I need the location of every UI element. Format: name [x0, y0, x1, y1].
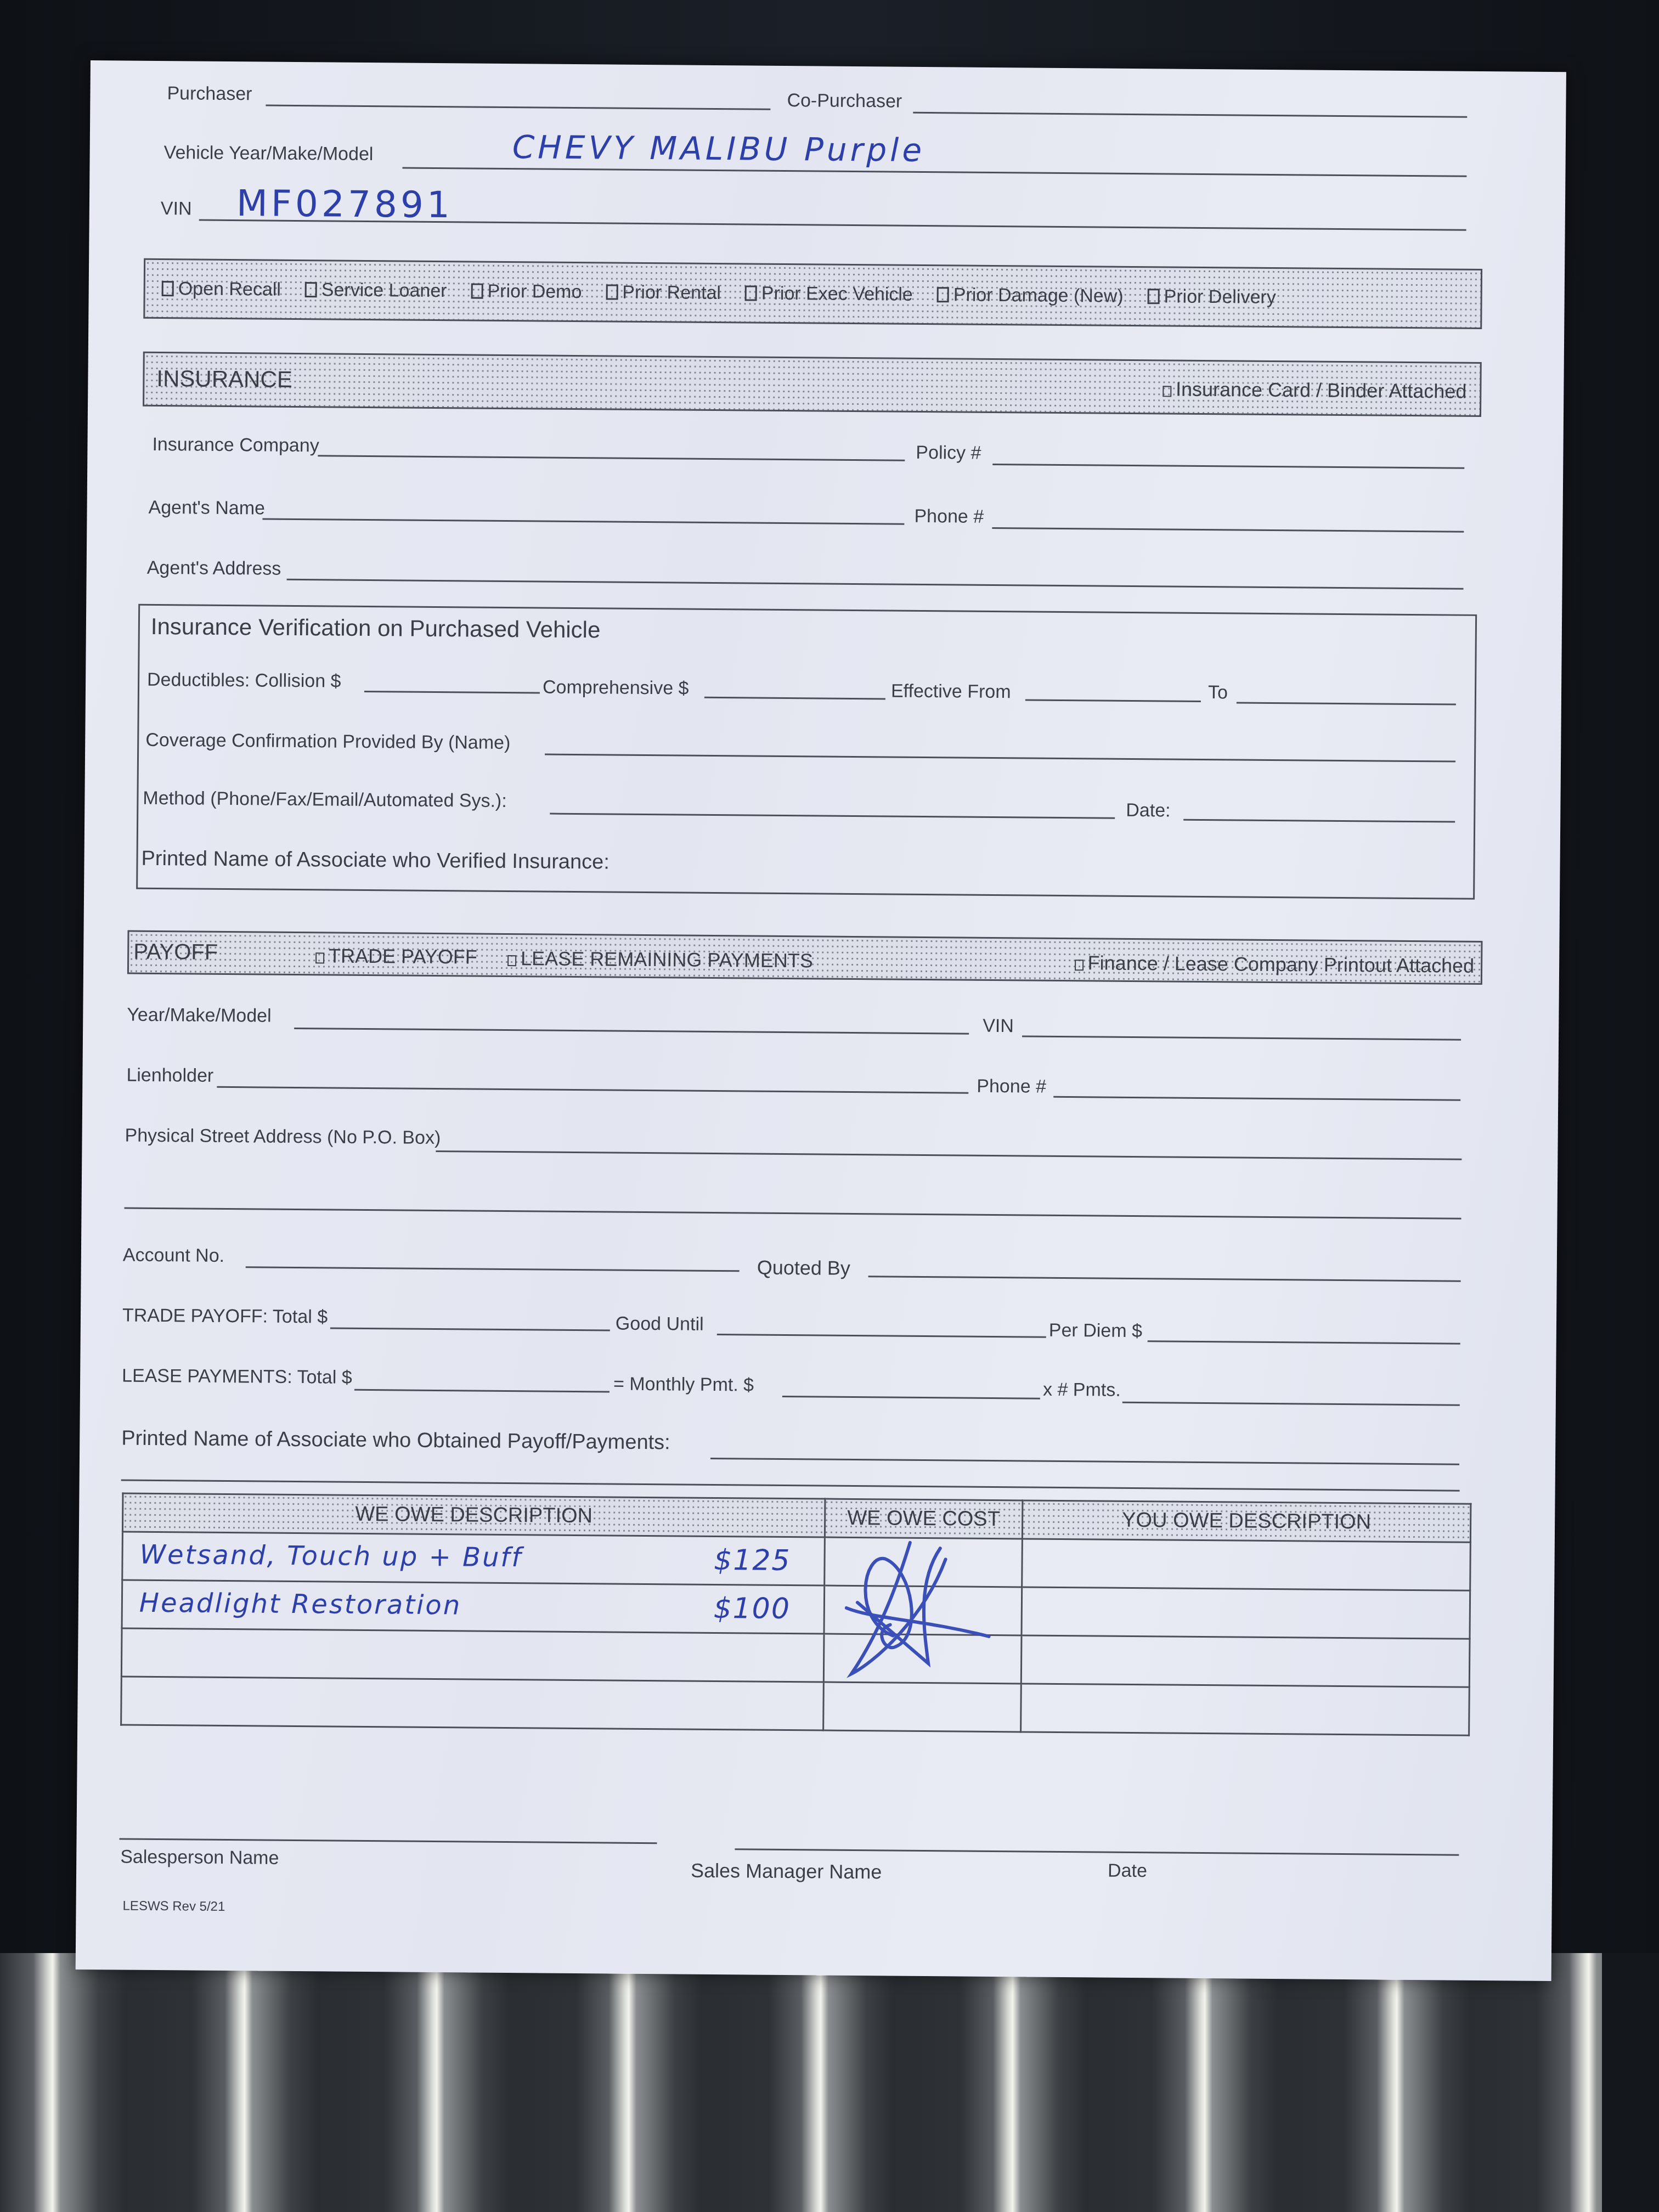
checkbox-icon[interactable]	[315, 952, 324, 963]
checkbox-icon[interactable]	[1163, 386, 1171, 397]
vehicle-flag-prior-rental[interactable]: Prior Rental	[606, 281, 721, 304]
lienholder-phone-label: Phone #	[977, 1076, 1046, 1098]
effective-from-label: Effective From	[891, 680, 1011, 703]
monthly-pmt-field[interactable]	[782, 1396, 1040, 1400]
checkbox-icon[interactable]	[1075, 960, 1084, 970]
you-owe-description-cell[interactable]	[1022, 1587, 1470, 1639]
table-row	[121, 1677, 1470, 1735]
you-owe-description-cell[interactable]	[1021, 1684, 1470, 1735]
vehicle-flag-label: Prior Exec Vehicle	[761, 283, 913, 305]
trade-payoff-label: TRADE PAYOFF	[329, 944, 477, 968]
header-we-owe-cost: WE OWE COST	[825, 1499, 1023, 1539]
vehicle-flag-open-recall[interactable]: Open Recall	[162, 278, 281, 301]
checkbox-icon[interactable]	[1148, 289, 1160, 304]
vehicle-flags-box: Open RecallService LoanerPrior DemoPrior…	[143, 258, 1482, 329]
payoff-vin-label: VIN	[983, 1015, 1014, 1037]
sales-manager-label: Sales Manager Name	[691, 1859, 882, 1884]
lease-remaining-label: LEASE REMAINING PAYMENTS	[521, 947, 813, 972]
num-pmts-field[interactable]	[1122, 1402, 1460, 1406]
per-diem-field[interactable]	[1148, 1340, 1460, 1344]
form-revision: LESWS Rev 5/21	[122, 1899, 225, 1915]
verification-date-field[interactable]	[1183, 819, 1455, 823]
quoted-by-label: Quoted By	[757, 1256, 850, 1280]
checkbox-icon[interactable]	[606, 284, 618, 300]
vehicle-flag-label: Open Recall	[178, 278, 281, 300]
lienholder-label: Lienholder	[126, 1065, 213, 1087]
insurance-header: INSURANCE Insurance Card / Binder Attach…	[143, 352, 1482, 417]
vehicle-flag-prior-delivery[interactable]: Prior Delivery	[1148, 286, 1276, 308]
salesperson-label: Salesperson Name	[120, 1847, 279, 1869]
checkbox-icon[interactable]	[471, 283, 483, 298]
insurance-company-field[interactable]	[318, 455, 905, 461]
metal-floor-plate	[0, 1953, 1607, 2212]
we-owe-description-cell[interactable]: Headlight Restoration$100	[122, 1580, 825, 1634]
payoff-ymm-field[interactable]	[294, 1028, 969, 1035]
we-owe-amount: $100	[713, 1592, 791, 1626]
checkbox-icon[interactable]	[162, 281, 174, 296]
street-address-label: Physical Street Address (No P.O. Box)	[125, 1125, 441, 1149]
insurance-company-label: Insurance Company	[152, 434, 319, 456]
agent-name-label: Agent's Name	[148, 497, 265, 520]
vehicle-field[interactable]	[402, 167, 1466, 177]
good-until-field[interactable]	[717, 1334, 1046, 1338]
vehicle-flag-label: Prior Demo	[487, 280, 582, 302]
purchaser-field[interactable]	[266, 105, 770, 110]
quoted-by-field[interactable]	[868, 1276, 1461, 1282]
verification-title: Insurance Verification on Purchased Vehi…	[151, 613, 601, 643]
checkbox-icon[interactable]	[305, 282, 317, 297]
lienholder-field[interactable]	[217, 1086, 968, 1094]
monthly-pmt-label: = Monthly Pmt. $	[613, 1374, 754, 1396]
vehicle-flag-prior-damage-new[interactable]: Prior Damage (New)	[937, 284, 1124, 307]
vehicle-flag-prior-demo[interactable]: Prior Demo	[471, 280, 582, 303]
header-you-owe-description: YOU OWE DESCRIPTION	[1022, 1500, 1471, 1542]
account-no-field[interactable]	[246, 1266, 740, 1272]
vehicle-value: CHEVY MALIBU Purple	[512, 128, 926, 169]
initials-scribble	[840, 1537, 1017, 1703]
checkbox-icon[interactable]	[507, 955, 516, 966]
trade-payoff-option[interactable]: TRADE PAYOFF	[315, 944, 477, 968]
verification-date-label: Date:	[1126, 800, 1171, 822]
manager-signature-line[interactable]	[735, 1848, 1459, 1855]
vehicle-flag-label: Prior Damage (New)	[953, 284, 1124, 307]
street-address-field[interactable]	[436, 1150, 1462, 1160]
vehicle-flag-label: Prior Rental	[622, 281, 721, 303]
payoff-associate-field[interactable]	[710, 1458, 1459, 1465]
payoff-associate-field-2[interactable]	[121, 1480, 1460, 1492]
we-owe-description: Headlight Restoration	[139, 1588, 462, 1621]
verified-associate-label: Printed Name of Associate who Verified I…	[141, 847, 610, 874]
agent-address-field[interactable]	[287, 579, 1464, 590]
we-owe-description-cell[interactable]	[121, 1628, 824, 1682]
comprehensive-field[interactable]	[704, 697, 885, 700]
vehicle-flags-list: Open RecallService LoanerPrior DemoPrior…	[162, 278, 1300, 308]
vin-label: VIN	[161, 198, 192, 219]
coverage-field[interactable]	[545, 754, 1455, 763]
effective-to-field[interactable]	[1237, 702, 1456, 705]
purchaser-label: Purchaser	[167, 83, 252, 105]
agent-address-label: Agent's Address	[147, 557, 281, 580]
insurance-card-label: Insurance Card / Binder Attached	[1176, 378, 1467, 403]
vehicle-flag-prior-exec-vehicle[interactable]: Prior Exec Vehicle	[745, 283, 913, 305]
policy-field[interactable]	[992, 464, 1464, 469]
collision-field[interactable]	[364, 691, 540, 694]
agent-phone-field[interactable]	[992, 527, 1464, 533]
policy-label: Policy #	[916, 442, 981, 464]
street-address-field-2[interactable]	[125, 1207, 1462, 1220]
comprehensive-label: Comprehensive $	[543, 677, 689, 699]
we-owe-description: Wetsand, Touch up + Buff	[139, 1539, 522, 1573]
vehicle-flag-label: Prior Delivery	[1164, 286, 1276, 308]
payoff-vin-field[interactable]	[1022, 1035, 1461, 1040]
good-until-label: Good Until	[616, 1313, 704, 1335]
lease-total-field[interactable]	[354, 1389, 610, 1393]
coverage-label: Coverage Confirmation Provided By (Name)	[145, 730, 510, 754]
vehicle-flag-service-loaner[interactable]: Service Loaner	[305, 279, 447, 302]
printout-attached-option[interactable]: Finance / Lease Company Printout Attache…	[1075, 951, 1475, 978]
you-owe-description-cell[interactable]	[1022, 1539, 1471, 1590]
num-pmts-label: x # Pmts.	[1043, 1379, 1121, 1401]
payoff-title: PAYOFF	[133, 940, 218, 965]
account-no-label: Account No.	[123, 1245, 225, 1267]
agent-phone-label: Phone #	[914, 506, 984, 528]
header-we-owe-description: WE OWE DESCRIPTION	[122, 1493, 825, 1537]
insurance-verification-box: Insurance Verification on Purchased Vehi…	[136, 604, 1477, 900]
agent-name-field[interactable]	[262, 518, 904, 524]
trade-total-field[interactable]	[330, 1328, 610, 1331]
trade-total-label: TRADE PAYOFF: Total $	[122, 1305, 328, 1328]
footer-date-label: Date	[1108, 1860, 1147, 1882]
lease-total-label: LEASE PAYMENTS: Total $	[122, 1365, 352, 1389]
to-label: To	[1208, 682, 1228, 703]
vehicle-flag-label: Service Loaner	[321, 279, 447, 302]
per-diem-label: Per Diem $	[1049, 1320, 1142, 1342]
vehicle-label: Vehicle Year/Make/Model	[164, 142, 374, 165]
checkbox-icon[interactable]	[745, 285, 757, 301]
you-owe-description-cell[interactable]	[1021, 1635, 1470, 1687]
floor-edge	[1602, 1953, 1659, 2212]
payoff-header: PAYOFF TRADE PAYOFF LEASE REMAINING PAYM…	[127, 930, 1483, 985]
printout-attached-label: Finance / Lease Company Printout Attache…	[1088, 951, 1475, 977]
vin-value: MF027891	[236, 182, 453, 226]
method-field[interactable]	[550, 813, 1115, 819]
payoff-ymm-label: Year/Make/Model	[127, 1005, 272, 1027]
checkbox-icon[interactable]	[937, 287, 949, 302]
co-purchaser-field[interactable]	[913, 112, 1467, 118]
we-owe-amount: $125	[714, 1544, 791, 1577]
salesperson-signature-line[interactable]	[120, 1838, 657, 1844]
effective-from-field[interactable]	[1025, 699, 1201, 702]
lienholder-phone-field[interactable]	[1053, 1096, 1460, 1101]
insurance-title: INSURANCE	[156, 365, 292, 393]
we-owe-description-cell[interactable]: Wetsand, Touch up + Buff$125	[122, 1532, 825, 1585]
owe-table-body: Wetsand, Touch up + Buff$125Headlight Re…	[121, 1532, 1471, 1735]
collision-label: Deductibles: Collision $	[147, 669, 341, 692]
deal-form-sheet: Purchaser Co-Purchaser Vehicle Year/Make…	[76, 60, 1566, 1981]
insurance-card-attached[interactable]: Insurance Card / Binder Attached	[1163, 377, 1467, 403]
method-label: Method (Phone/Fax/Email/Automated Sys.):	[143, 788, 507, 812]
owe-table: WE OWE DESCRIPTION WE OWE COST YOU OWE D…	[120, 1493, 1471, 1736]
payoff-associate-label: Printed Name of Associate who Obtained P…	[121, 1427, 670, 1455]
co-purchaser-label: Co-Purchaser	[787, 90, 902, 112]
we-owe-description-cell[interactable]	[121, 1677, 824, 1730]
lease-remaining-option[interactable]: LEASE REMAINING PAYMENTS	[507, 947, 813, 972]
